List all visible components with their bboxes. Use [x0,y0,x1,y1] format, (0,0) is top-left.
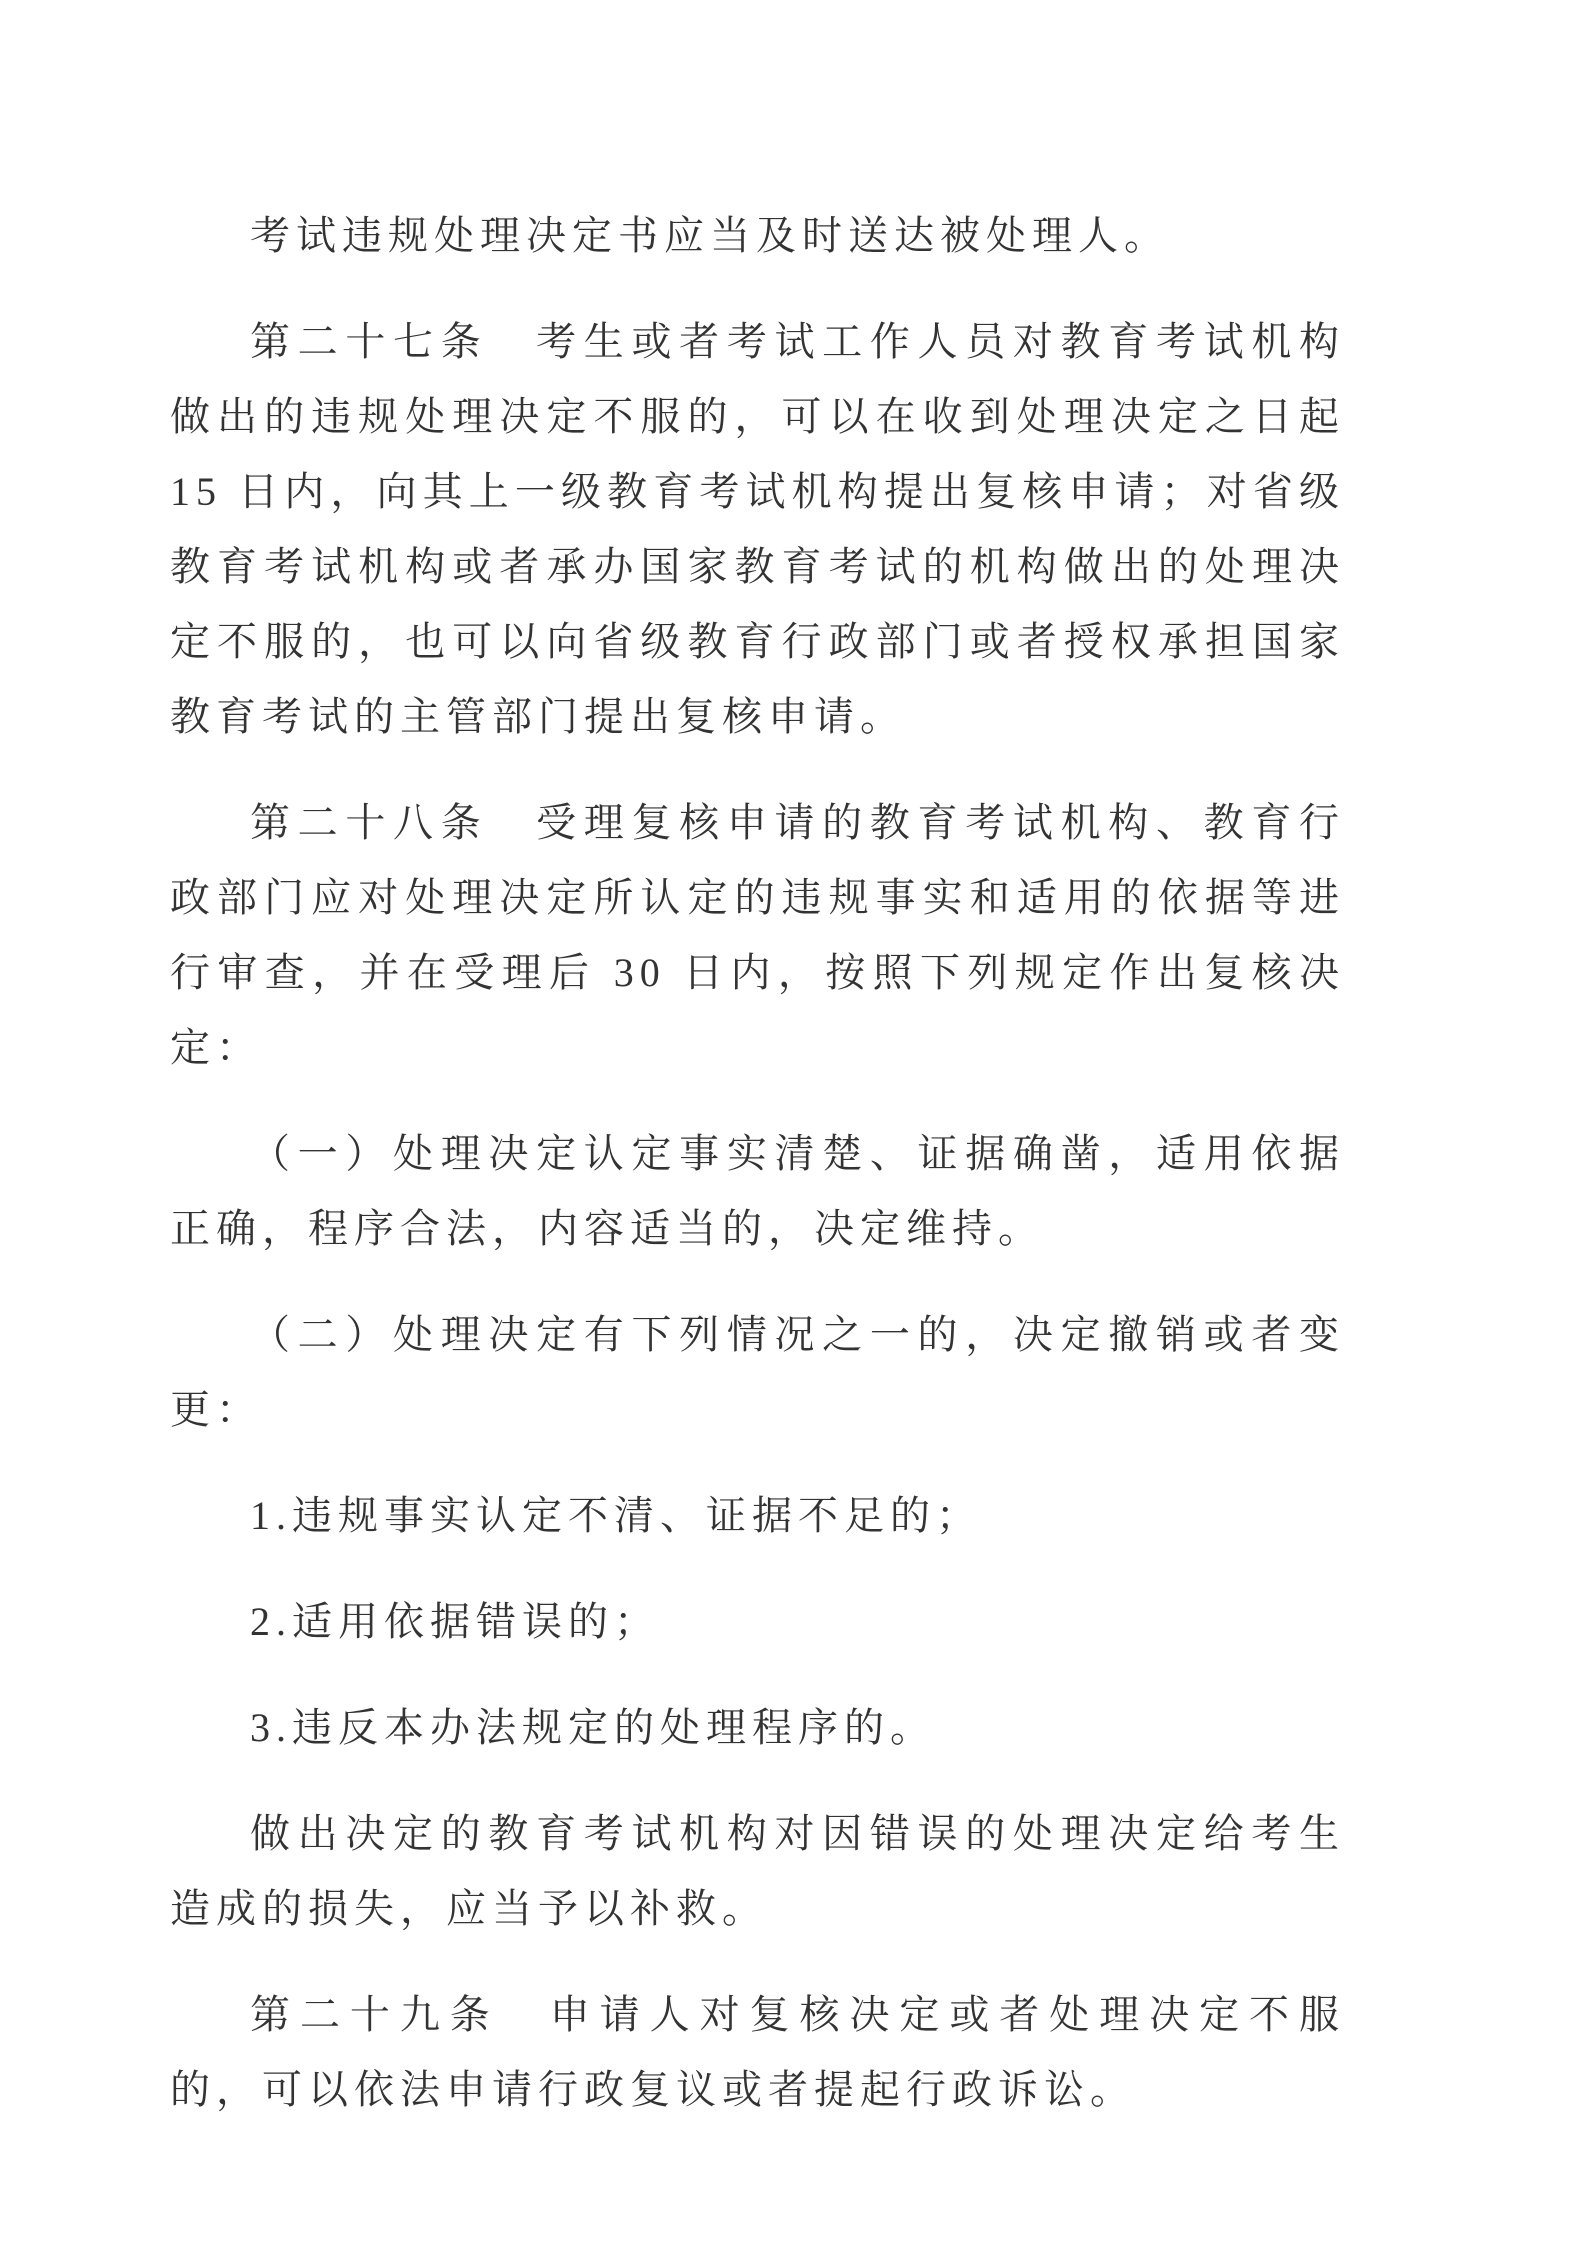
paragraph-7: 2.适用依据错误的； [170,1584,1345,1659]
paragraph-9: 做出决定的教育考试机构对因错误的处理决定给考生造成的损失，应当予以补救。 [170,1796,1345,1946]
document-page: 考试违规处理决定书应当及时送达被处理人。第二十七条 考生或者考试工作人员对教育考… [0,0,1587,2245]
paragraph-2: 第二十七条 考生或者考试工作人员对教育考试机构做出的违规处理决定不服的，可以在收… [170,304,1345,754]
document-body: 考试违规处理决定书应当及时送达被处理人。第二十七条 考生或者考试工作人员对教育考… [170,198,1345,2127]
paragraph-3: 第二十八条 受理复核申请的教育考试机构、教育行政部门应对处理决定所认定的违规事实… [170,785,1345,1085]
paragraph-1: 考试违规处理决定书应当及时送达被处理人。 [170,198,1345,273]
paragraph-4: （一）处理决定认定事实清楚、证据确凿，适用依据正确，程序合法，内容适当的，决定维… [170,1116,1345,1266]
paragraph-5: （二）处理决定有下列情况之一的，决定撤销或者变更： [170,1297,1345,1447]
paragraph-8: 3.违反本办法规定的处理程序的。 [170,1690,1345,1765]
paragraph-6: 1.违规事实认定不清、证据不足的； [170,1478,1345,1553]
paragraph-10: 第二十九条 申请人对复核决定或者处理决定不服的，可以依法申请行政复议或者提起行政… [170,1977,1345,2127]
